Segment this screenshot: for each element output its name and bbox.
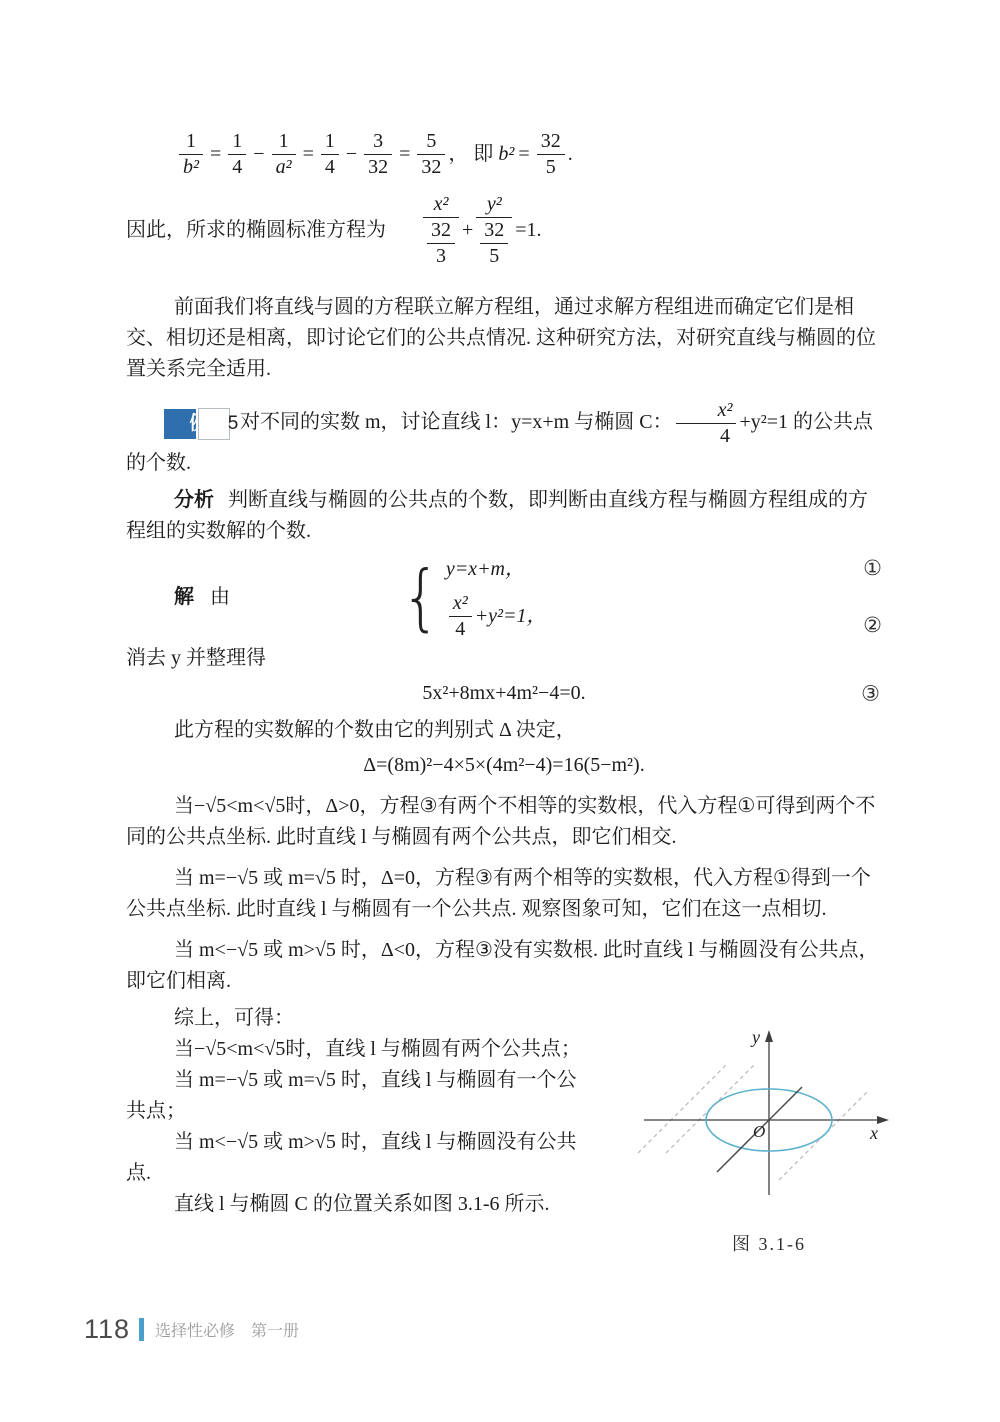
fraction-32-5: 325 [480, 219, 508, 268]
analysis-paragraph: 分析判断直线与椭圆的公共点的个数，即判断由直线方程与椭圆方程组成的方程组的实数解… [126, 485, 882, 547]
fraction-1-a2: 1a² [272, 130, 296, 179]
equals-sign: = [399, 139, 410, 170]
fraction-32-5: 325 [537, 130, 565, 179]
connector-text: ， 即 [448, 139, 498, 170]
quadratic-equation: 5x²+8mx+4m²−4=0. [422, 682, 585, 704]
fraction-y2-over-32-5: y² 325 [476, 193, 512, 268]
quadratic-equation-row: 5x²+8mx+4m²−4=0. ③ [126, 678, 882, 709]
system-equation-2: x²4+y²=1， [446, 592, 547, 641]
delta-equation: Δ=(8m)²−4×5×(4m²−4)=16(5−m²). [126, 750, 882, 781]
system-equation-1: y=x+m， [446, 554, 547, 585]
figure-3-1-6: x y O 图 3.1-6 [604, 1015, 934, 1260]
example-number-box: 5 [198, 408, 230, 440]
case-one-intersection: 当 m=−√5 或 m=√5 时，Δ=0，方程③有两个相等的实数根，代入方程①得… [126, 863, 882, 925]
fraction-32-3: 323 [427, 219, 455, 268]
lead-text: 因此，所求的椭圆标准方程为 [126, 215, 386, 246]
period: . [568, 139, 573, 170]
equation-tail: =1. [515, 215, 541, 246]
equation-numbers: ① ② [863, 558, 882, 636]
summary-section: x y O 图 3.1-6 综上，可得： 当−√5<m<√5时，直线 l 与椭圆… [126, 1003, 882, 1220]
b-squared: b² [498, 139, 514, 170]
figure-caption: 图 3.1-6 [604, 1229, 934, 1260]
textbook-page: 1b² = 14 − 1a² = 14 − 332 = 532 ， 即 b² =… [0, 0, 1000, 1422]
origin-label: O [753, 1122, 765, 1141]
equation-b-squared: 1b² = 14 − 1a² = 14 − 332 = 532 ， 即 b² =… [126, 130, 882, 179]
equals-sign: = [303, 139, 314, 170]
equals-sign: = [518, 139, 529, 170]
minus-sign: − [346, 139, 357, 170]
footer-divider-bar [139, 1318, 144, 1341]
fraction-x2-4: x²4 [449, 592, 472, 641]
case-two-intersections: 当−√5<m<√5时，Δ>0，方程③有两个不相等的实数根，代入方程①可得到两个不… [126, 791, 882, 853]
fraction-1-4: 14 [321, 130, 339, 179]
dashed-line-outer-left [638, 1063, 728, 1153]
analysis-label: 分析 [174, 489, 214, 511]
system-brace: { [401, 554, 440, 640]
fraction-1-4: 14 [228, 130, 246, 179]
equation-number-1: ① [863, 558, 882, 579]
equation-number-3: ③ [861, 683, 880, 704]
equation-number-2: ② [863, 615, 882, 636]
solve-label: 解 [174, 582, 194, 613]
y-axis-label: y [750, 1027, 760, 1047]
fraction-1-b2: 1b² [179, 130, 203, 179]
book-title: 选择性必修 第一册 [155, 1318, 299, 1341]
page-number: 118 [84, 1314, 130, 1345]
fraction-x2-over-32-3: x² 323 [423, 193, 459, 268]
x-axis-arrow [877, 1116, 889, 1124]
page-content: 1b² = 14 − 1a² = 14 − 332 = 532 ， 即 b² =… [126, 130, 882, 1260]
fraction-3-32: 332 [364, 130, 392, 179]
fraction-5-32: 532 [417, 130, 445, 179]
eliminate-y-line: 消去 y 并整理得 [126, 643, 882, 674]
discriminant-intro: 此方程的实数解的个数由它的判别式 Δ 决定， [126, 715, 882, 746]
equation-standard-form: 因此，所求的椭圆标准方程为 x² 323 + y² 325 =1. [126, 193, 882, 268]
y-axis-arrow [765, 1030, 773, 1042]
page-footer: 118 选择性必修 第一册 [84, 1314, 299, 1345]
example-text-1: 对不同的实数 m，讨论直线 l：y=x+m 与椭圆 C： [240, 411, 673, 433]
minus-sign: − [253, 139, 264, 170]
equals-sign: = [210, 139, 221, 170]
x-axis-label: x [869, 1123, 878, 1143]
ellipse-line-diagram: x y O [604, 1015, 934, 1213]
example-5-paragraph: 例5对不同的实数 m，讨论直线 l：y=x+m 与椭圆 C：x²4+y²=1 的… [126, 399, 882, 479]
analysis-text: 判断直线与椭圆的公共点的个数，即判断由直线方程与椭圆方程组成的方程组的实数解的个… [126, 489, 868, 542]
solution-system-row: 解 由 { y=x+m， x²4+y²=1， ① ② [126, 551, 882, 643]
plus-sign: + [462, 215, 473, 246]
equation-system: { y=x+m， x²4+y²=1， [398, 554, 547, 641]
paragraph-intro: 前面我们将直线与圆的方程联立解方程组，通过求解方程组进而确定它们是相交、相切还是… [126, 292, 882, 385]
fraction-x2-4: x²4 [676, 399, 737, 448]
solve-lead: 由 [210, 582, 230, 613]
case-no-intersection: 当 m<−√5 或 m>√5 时，Δ<0，方程③没有实数根. 此时直线 l 与椭… [126, 935, 882, 997]
